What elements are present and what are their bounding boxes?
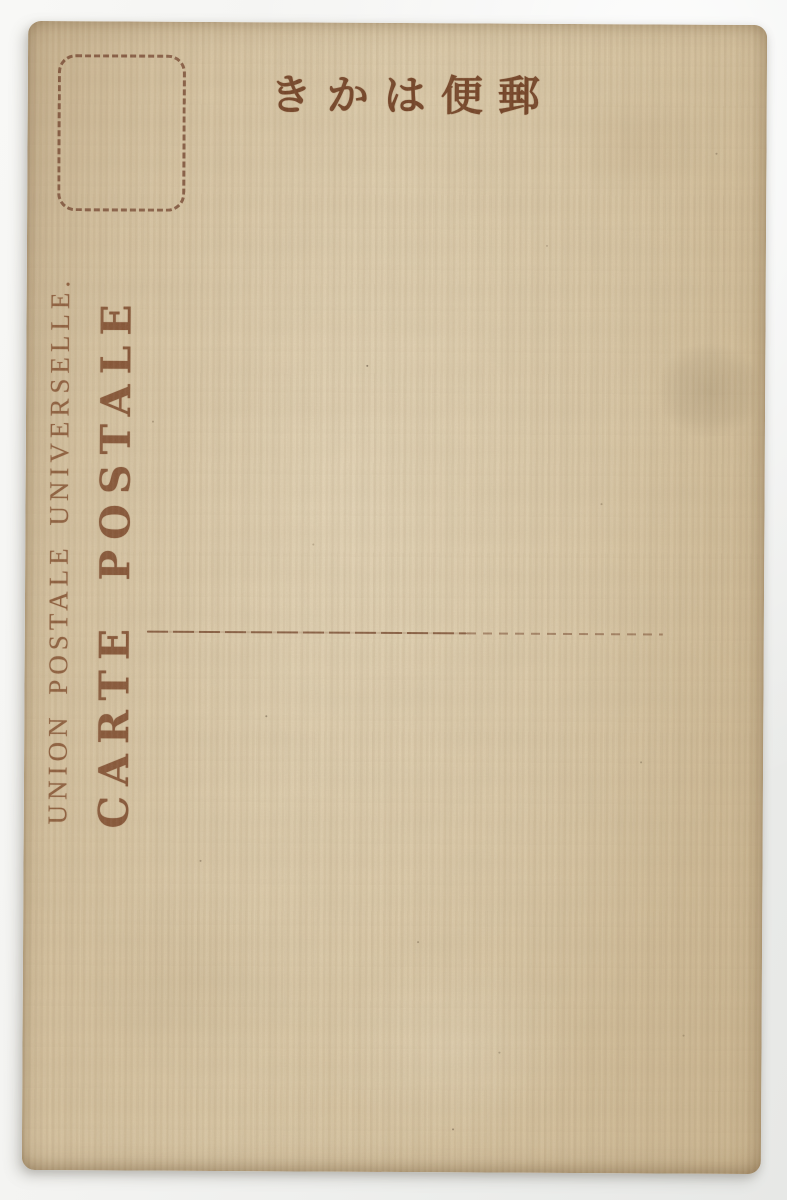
- stain: [82, 881, 303, 1082]
- worn-patch: [322, 953, 583, 1144]
- scanned-image: きかは便郵 UNION POSTALE UNIVERSELLE. CARTE P…: [0, 0, 787, 1200]
- divider-dashed-segment: [467, 632, 663, 635]
- postcard: きかは便郵 UNION POSTALE UNIVERSELLE. CARTE P…: [22, 21, 767, 1174]
- upu-line: UNION POSTALE UNIVERSELLE.: [42, 276, 76, 825]
- divider-solid-segment: [147, 631, 467, 635]
- carte-postale-title: CARTE POSTALE: [90, 294, 141, 828]
- paper-specks: [28, 21, 30, 23]
- stain: [656, 342, 762, 438]
- postcard-header-japanese: きかは便郵: [28, 61, 767, 125]
- scan-background: { "postcard": { "jp_header": "きかは便郵", "u…: [0, 0, 787, 1200]
- address-divider-line: [147, 630, 663, 636]
